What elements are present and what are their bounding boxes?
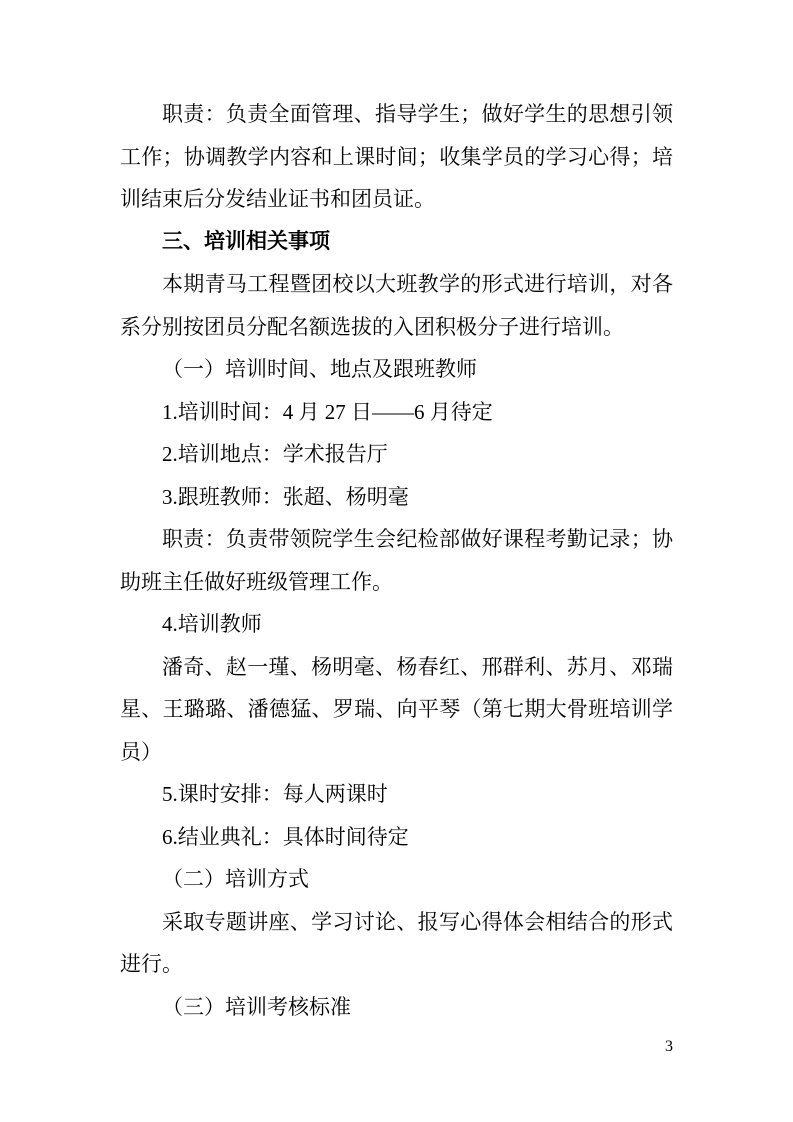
section-heading: 三、培训相关事项 — [120, 221, 673, 264]
paragraph: 潘奇、赵一瑾、杨明毫、杨春红、邢群利、苏月、邓瑞星、王璐璐、潘德猛、罗瑞、向平琴… — [120, 646, 673, 774]
page-number: 3 — [120, 1038, 673, 1056]
paragraph: 职责：负责带领院学生会纪检部做好课程考勤记录；协助班主任做好班级管理工作。 — [120, 518, 673, 603]
paragraph: 采取专题讲座、学习讨论、报写心得体会相结合的形式进行。 — [120, 901, 673, 986]
paragraph: 6.结业典礼：具体时间待定 — [120, 816, 673, 859]
paragraph: （二）培训方式 — [120, 858, 673, 901]
paragraph: 4.培训教师 — [120, 603, 673, 646]
paragraph: 本期青马工程暨团校以大班教学的形式进行培训，对各系分别按团员分配名额选拔的入团积… — [120, 263, 673, 348]
paragraph: 2.培训地点：学术报告厅 — [120, 433, 673, 476]
document-page: 职责：负责全面管理、指导学生；做好学生的思想引领工作；协调教学内容和上课时间；收… — [0, 0, 793, 1122]
paragraph: （一）培训时间、地点及跟班教师 — [120, 348, 673, 391]
paragraph: 职责：负责全面管理、指导学生；做好学生的思想引领工作；协调教学内容和上课时间；收… — [120, 93, 673, 221]
paragraph: 1.培训时间：4 月 27 日——6 月待定 — [120, 391, 673, 434]
paragraph: （三）培训考核标准 — [120, 986, 673, 1029]
document-body: 职责：负责全面管理、指导学生；做好学生的思想引领工作；协调教学内容和上课时间；收… — [120, 93, 673, 1028]
paragraph: 3.跟班教师：张超、杨明毫 — [120, 476, 673, 519]
paragraph: 5.课时安排：每人两课时 — [120, 773, 673, 816]
